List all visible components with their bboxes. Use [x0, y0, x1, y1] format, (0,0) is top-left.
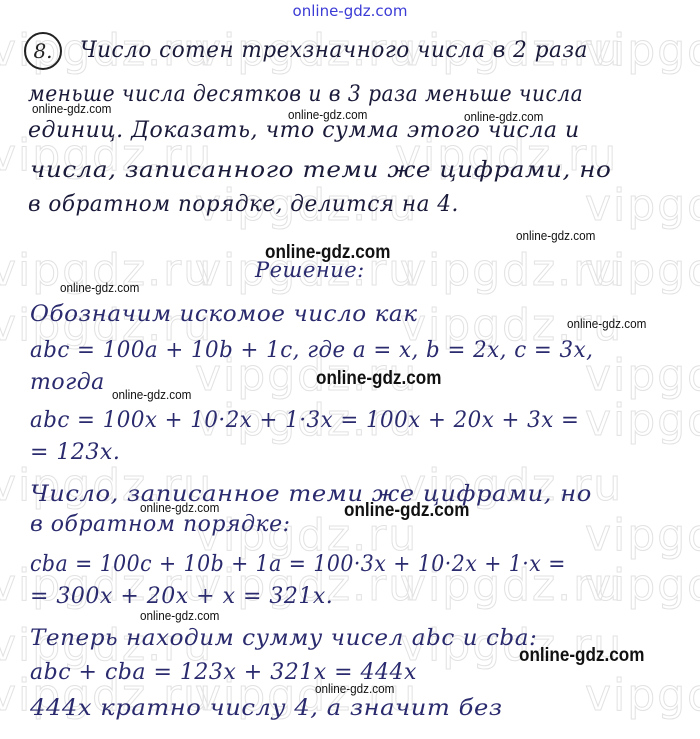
- overlay-watermark: online-gdz.com: [60, 280, 139, 295]
- solution-line: = 300x + 20x + x = 321x.: [30, 584, 333, 609]
- solution-line: abc = 100x + 10·2x + 1·3x = 100x + 20x +…: [30, 408, 579, 433]
- task-line: числа, записанного теми же цифрами, но: [30, 158, 611, 183]
- overlay-watermark: online-gdz.com: [344, 500, 469, 522]
- solution-line: Число, записанное теми же цифрами, но: [30, 482, 592, 507]
- overlay-watermark: online-gdz.com: [464, 109, 543, 124]
- background-watermark: vipgdz.ru: [585, 670, 700, 721]
- background-watermark: vipgdz.ru: [585, 510, 700, 561]
- overlay-watermark: online-gdz.com: [516, 228, 595, 243]
- task-line: в обратном порядке, делится на 4.: [28, 192, 459, 217]
- background-watermark: vipgdz.ru: [585, 245, 700, 296]
- homework-page: vipgdz.ru vipgdz.ru vipgdz.ru vipgdz.ru …: [0, 0, 700, 739]
- top-watermark: online-gdz.com: [0, 2, 700, 20]
- overlay-watermark: online-gdz.com: [140, 608, 219, 623]
- overlay-watermark: online-gdz.com: [32, 101, 111, 116]
- solution-line: в обратном порядке:: [30, 512, 291, 537]
- solution-line: abc = 100a + 10b + 1c, где a = x, b = 2x…: [30, 338, 593, 363]
- background-watermark: vipgdz.ru: [585, 350, 700, 401]
- overlay-watermark: online-gdz.com: [519, 645, 644, 667]
- solution-line: 444x кратно числу 4, а значит без: [30, 696, 503, 721]
- overlay-watermark: online-gdz.com: [315, 681, 394, 696]
- solution-line: cba = 100c + 10b + 1a = 100·3x + 10·2x +…: [30, 552, 566, 577]
- solution-line: Теперь находим сумму чисел abc и cba:: [30, 626, 537, 651]
- background-watermark: vipgdz.ru: [585, 180, 700, 231]
- overlay-watermark: online-gdz.com: [316, 368, 441, 390]
- background-watermark: vipgdz.ru: [585, 560, 700, 611]
- task-line: Число сотен трехзначного числа в 2 раза: [80, 38, 588, 63]
- task-number: 8.: [24, 32, 62, 70]
- background-watermark: vipgdz.ru: [585, 25, 700, 76]
- solution-line: Обозначим искомое число как: [30, 302, 418, 327]
- solution-line: тогда: [30, 370, 105, 395]
- overlay-watermark: online-gdz.com: [288, 107, 367, 122]
- overlay-watermark: online-gdz.com: [140, 500, 219, 515]
- solution-line: = 123x.: [30, 440, 120, 465]
- background-watermark: vipgdz.ru: [585, 395, 700, 446]
- overlay-watermark: online-gdz.com: [265, 242, 390, 264]
- overlay-watermark: online-gdz.com: [112, 387, 191, 402]
- overlay-watermark: online-gdz.com: [567, 316, 646, 331]
